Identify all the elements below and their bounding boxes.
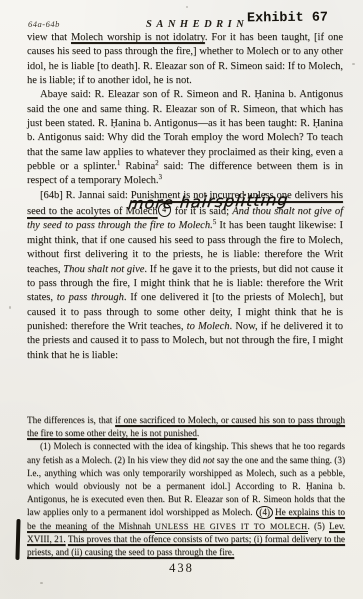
circled-footnote-marker-4: (4): [256, 506, 273, 519]
small-caps-mishnah-quote: UNLESS HE GIVES IT TO MOLECH: [155, 522, 308, 535]
underlined-phrase: This proves that the offence consists of…: [27, 534, 345, 557]
scan-speck: [186, 6, 188, 8]
scanned-page: 64a-64b SANHEDRIN Exhibit 67 view that M…: [0, 0, 363, 599]
margin-emphasis-mark: [15, 519, 20, 560]
paragraph-molech-worship: view that Molech worship is not idolatry…: [27, 31, 343, 88]
scan-speck: [9, 306, 11, 309]
scan-speck: [40, 582, 43, 584]
text-run: Abaye said: R. Eleazar son of R. Simeon …: [27, 89, 343, 172]
text-run: [64b] R. Jannai said:: [40, 190, 131, 201]
footnote-ref-3: 3: [159, 173, 163, 181]
underlined-phrase: Molech worship is not idolatry: [71, 32, 205, 43]
footnote-list: (1) Molech is connected with the idea of…: [27, 440, 345, 559]
text-run: Rabina: [120, 161, 155, 172]
text-run: The differences is, that: [27, 415, 115, 425]
footnote-summary: The differences is, that if one sacrific…: [27, 414, 345, 440]
italic-word: not: [203, 455, 215, 465]
page-number: 438: [0, 561, 363, 576]
tractate-title: SANHEDRIN: [146, 19, 248, 30]
scripture-quote: Thou shalt not give: [63, 264, 144, 275]
footnotes-block: The differences is, that if one sacrific…: [27, 414, 345, 559]
scripture-quote: to pass through: [57, 292, 124, 303]
text-run: view that: [27, 32, 71, 43]
scripture-quote: to Molech: [187, 321, 230, 332]
folio-range: 64a-64b: [28, 19, 60, 29]
exhibit-stamp: Exhibit 67: [247, 11, 328, 27]
text-run: . (5): [308, 521, 329, 531]
text-run: .: [197, 428, 199, 438]
paragraph-abaye: Abaye said: R. Eleazar son of R. Simeon …: [27, 88, 343, 188]
scan-speck: [352, 63, 355, 65]
paragraph-64b-jannai: [64b] R. Jannai said: Punishment is not …: [27, 189, 343, 363]
